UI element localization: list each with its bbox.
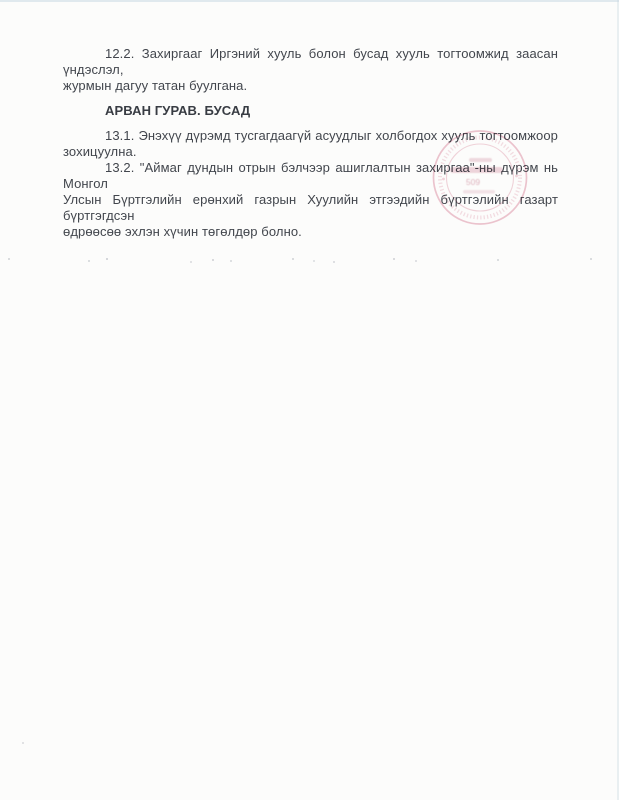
- scan-noise-speck: [22, 742, 24, 744]
- registration-stamp: 509: [425, 122, 536, 233]
- scan-edge-artifact-top: [0, 0, 619, 2]
- stamp-separator-icon: [442, 178, 445, 181]
- stamp-center-text-blur: [463, 190, 495, 194]
- stamp-center-text-blur: [450, 167, 503, 173]
- paragraph-12-2: 12.2. Захиргааг Иргэний хууль болон буса…: [63, 46, 558, 94]
- text-line: 12.2. Захиргааг Иргэний хууль болон буса…: [63, 46, 558, 78]
- scan-noise-dots: [8, 258, 10, 260]
- stamp-separator-icon: [515, 175, 518, 178]
- stamp-center-text-blur: [469, 158, 492, 162]
- section-heading: АРВАН ГУРАВ. БУСАД: [63, 103, 558, 119]
- stamp-number: 509: [466, 177, 480, 187]
- scanned-document-page: 12.2. Захиргааг Иргэний хууль болон буса…: [0, 0, 619, 800]
- text-line: журмын дагуу татан буулгана.: [63, 78, 558, 94]
